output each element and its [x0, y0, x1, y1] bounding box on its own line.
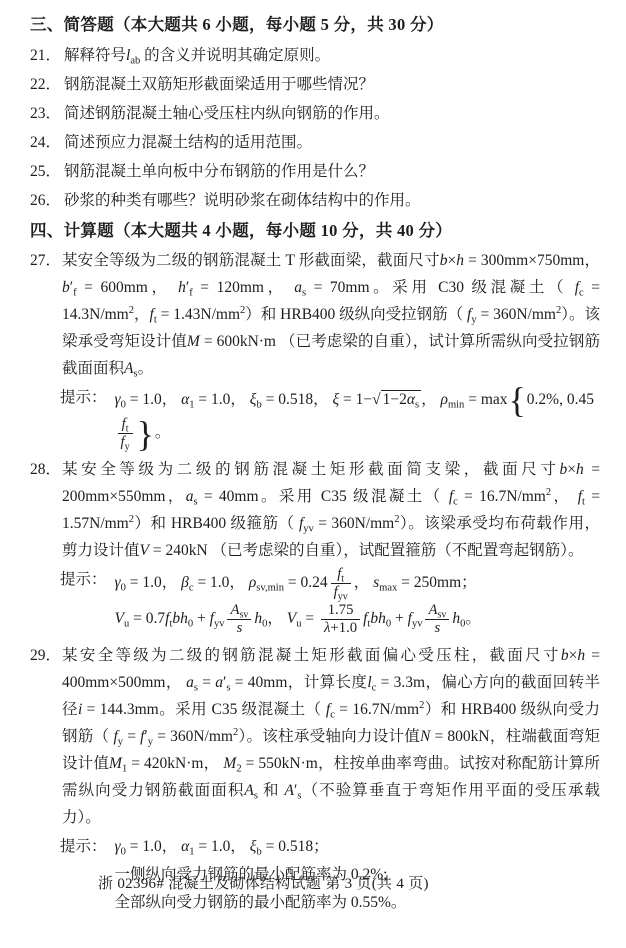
question-27: 27． 某安全等级为二级的钢筋混凝土 T 形截面梁，截面尺寸b×h = 300m…: [30, 247, 600, 382]
question-25: 25． 钢筋混凝土单向板中分布钢筋的作用是什么？: [30, 157, 600, 186]
question-text: 解释符号lab 的含义并说明其确定原则。: [64, 41, 600, 70]
question-number: 23．: [30, 99, 64, 128]
question-29: 29． 某安全等级为二级的钢筋混凝土矩形截面偏心受压柱，截面尺寸b×h = 40…: [30, 642, 600, 831]
question-text: 简述钢筋混凝土轴心受压柱内纵向钢筋的作用。: [64, 99, 600, 128]
question-text: 钢筋混凝土双筋矩形截面梁适用于哪些情况？: [64, 70, 600, 99]
question-22: 22． 钢筋混凝土双筋矩形截面梁适用于哪些情况？: [30, 70, 600, 99]
question-26: 26． 砂浆的种类有哪些？说明砂浆在砌体结构中的作用。: [30, 186, 600, 215]
hint-label: 提示：: [60, 566, 115, 638]
question-text: 简述预应力混凝土结构的适用范围。: [64, 128, 600, 157]
question-number: 21．: [30, 41, 64, 70]
question-text: 某安全等级为二级的钢筋混凝土矩形截面简支梁，截面尺寸b×h = 200mm×55…: [62, 456, 600, 564]
question-number: 24．: [30, 128, 64, 157]
page-footer: 浙 02396# 混凝土及砌体结构试题 第 3 页(共 4 页): [98, 872, 429, 893]
question-number: 22．: [30, 70, 64, 99]
question-number: 28．: [30, 456, 62, 564]
hint-label: 提示：: [60, 384, 115, 452]
question-28-hint: 提示： γ0 = 1.0， βc = 1.0， ρsv,min = 0.24ft…: [60, 566, 600, 638]
question-27-hint: 提示： γ0 = 1.0， α1 = 1.0， ξb = 0.518， ξ = …: [60, 384, 600, 452]
question-text: 钢筋混凝土单向板中分布钢筋的作用是什么？: [64, 157, 600, 186]
question-text: 某安全等级为二级的钢筋混凝土矩形截面偏心受压柱，截面尺寸b×h = 400mm×…: [62, 642, 600, 831]
question-24: 24． 简述预应力混凝土结构的适用范围。: [30, 128, 600, 157]
question-28: 28． 某安全等级为二级的钢筋混凝土矩形截面简支梁，截面尺寸b×h = 200m…: [30, 456, 600, 564]
exam-page: 三、简答题（本大题共 6 小题，每小题 5 分，共 30 分） 21． 解释符号…: [0, 0, 626, 917]
section-heading-calculation: 四、计算题（本大题共 4 小题，每小题 10 分，共 40 分）: [30, 218, 600, 244]
question-number: 25．: [30, 157, 64, 186]
hint-formula: Vu = 0.7ftbh0 + fyvAsvsh0， Vu = 1.75λ+1.…: [115, 602, 600, 637]
hint-lines: γ0 = 1.0， α1 = 1.0， ξb = 0.518， ξ = 1−√1…: [115, 384, 600, 452]
question-number: 26．: [30, 186, 64, 215]
question-21: 21． 解释符号lab 的含义并说明其确定原则。: [30, 41, 600, 70]
question-23: 23． 简述钢筋混凝土轴心受压柱内纵向钢筋的作用。: [30, 99, 600, 128]
hint-formula: γ0 = 1.0， βc = 1.0， ρsv,min = 0.24ftfyv，…: [115, 566, 600, 601]
question-number: 29．: [30, 642, 62, 831]
section-heading-short-answer: 三、简答题（本大题共 6 小题，每小题 5 分，共 30 分）: [30, 12, 600, 38]
question-text: 某安全等级为二级的钢筋混凝土 T 形截面梁，截面尺寸b×h = 300mm×75…: [62, 247, 600, 382]
question-text: 砂浆的种类有哪些？说明砂浆在砌体结构中的作用。: [64, 186, 600, 215]
hint-lines: γ0 = 1.0， βc = 1.0， ρsv,min = 0.24ftfyv，…: [115, 566, 600, 638]
hint-formula: γ0 = 1.0， α1 = 1.0， ξb = 0.518， ξ = 1−√1…: [115, 384, 600, 451]
hint-formula: γ0 = 1.0， α1 = 1.0， ξb = 0.518；: [115, 833, 600, 860]
question-number: 27．: [30, 247, 62, 382]
